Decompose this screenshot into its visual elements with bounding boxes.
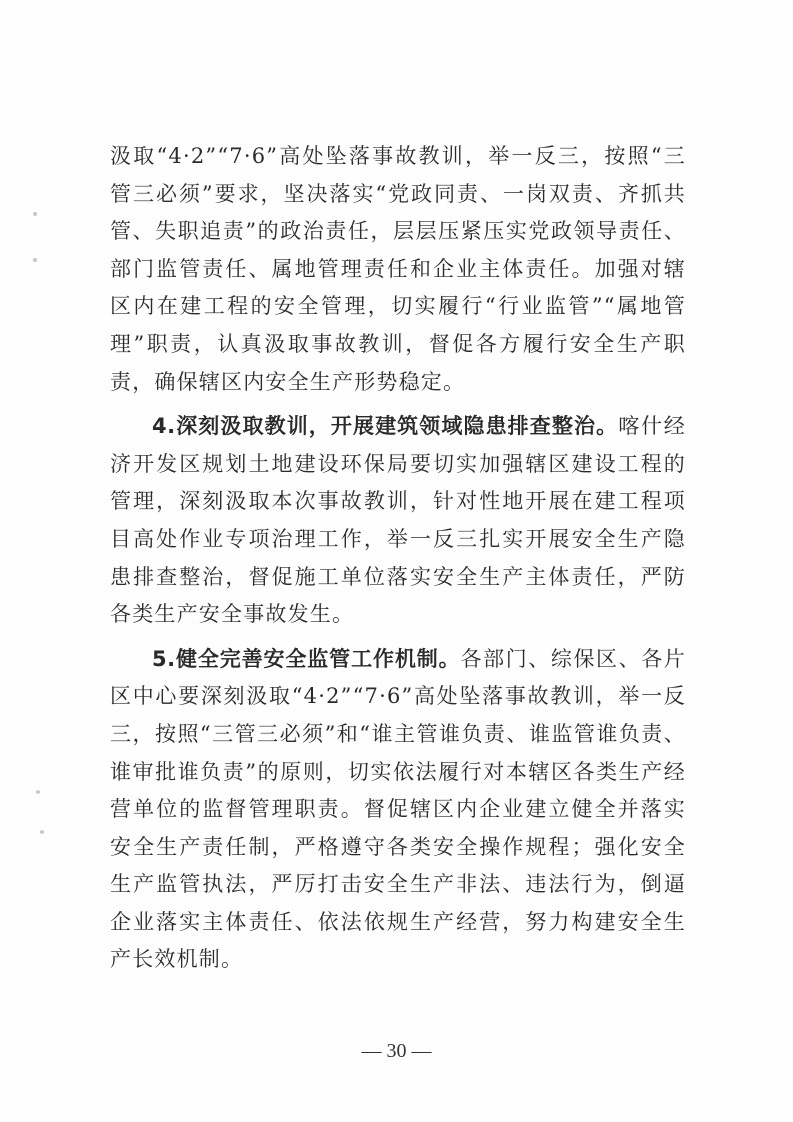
- scan-speck: [33, 258, 37, 262]
- paragraph-text: 汲取“4·2”“7·6”高处坠落事故教训，举一反三，按照“三管三必须”要求，坚决…: [110, 144, 686, 394]
- document-page: 汲取“4·2”“7·6”高处坠落事故教训，举一反三，按照“三管三必须”要求，坚决…: [0, 0, 793, 1122]
- paragraph-item-4: 4.深刻汲取教训，开展建筑领域隐患排查整治。喀什经济开发区规划土地建设环保局要切…: [110, 408, 686, 634]
- item-5-heading: 5.健全完善安全监管工作机制。: [152, 647, 461, 671]
- scan-speck: [33, 212, 37, 216]
- page-number: — 30 —: [0, 1040, 793, 1063]
- scan-speck: [36, 790, 40, 794]
- body-text: 汲取“4·2”“7·6”高处坠落事故教训，举一反三，按照“三管三必须”要求，坚决…: [110, 138, 686, 979]
- scan-speck: [40, 830, 44, 834]
- paragraph-item-5: 5.健全完善安全监管工作机制。各部门、综保区、各片区中心要深刻汲取“4·2”“7…: [110, 641, 686, 979]
- paragraph-text: 各部门、综保区、各片区中心要深刻汲取“4·2”“7·6”高处坠落事故教训，举一反…: [110, 647, 686, 972]
- paragraph-continuation: 汲取“4·2”“7·6”高处坠落事故教训，举一反三，按照“三管三必须”要求，坚决…: [110, 138, 686, 401]
- paragraph-text: 喀什经济开发区规划土地建设环保局要切实加强辖区建设工程的管理，深刻汲取本次事故教…: [110, 414, 686, 626]
- item-4-heading: 4.深刻汲取教训，开展建筑领域隐患排查整治。: [152, 414, 618, 438]
